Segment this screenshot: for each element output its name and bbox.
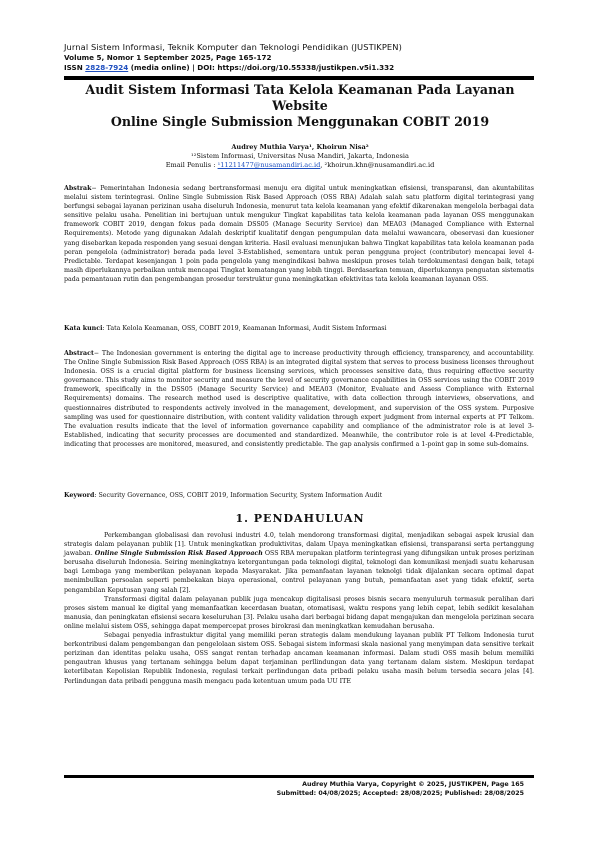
kata-kunci-text: : Tata Kelola Keamanan, OSS, COBIT 2019,… xyxy=(102,325,386,332)
issn-link[interactable]: 2828-7924 xyxy=(85,63,128,72)
intro-paragraph-2: Transformasi digital dalam pelayanan pub… xyxy=(64,595,534,631)
issn-prefix: ISSN xyxy=(64,63,85,72)
author-emails: Email Penulis : ¹11211477@nusamandiri.ac… xyxy=(60,161,540,170)
author-block: Audrey Muthia Varya¹, Khoirun Nisa² ¹²Si… xyxy=(60,143,540,170)
abstrak-paragraph: Abstrak− Pemerintahan Indonesia sedang b… xyxy=(64,184,534,284)
intro-paragraph-1: Perkembangan globalisasi dan revolusi in… xyxy=(64,531,534,595)
paper-page: Jurnal Sistem Informasi, Teknik Komputer… xyxy=(0,0,595,842)
keywords: Keyword: Security Governance, OSS, COBIT… xyxy=(64,491,534,500)
email-2: ²khoirun.khn@nusamandiri.ac.id xyxy=(325,161,435,169)
journal-issn: ISSN 2828-7924 (media online) | DOI: htt… xyxy=(64,63,534,73)
email-label: Email Penulis : xyxy=(166,161,218,169)
journal-header: Jurnal Sistem Informasi, Teknik Komputer… xyxy=(64,42,534,73)
abstract-label: Abstract xyxy=(64,350,94,357)
footer-copyright: Audrey Muthia Varya, Copyright © 2025, J… xyxy=(200,780,524,789)
footer-rule xyxy=(64,775,534,778)
author-names: Audrey Muthia Varya¹, Khoirun Nisa² xyxy=(60,143,540,152)
keywords-text: : Security Governance, OSS, COBIT 2019, … xyxy=(94,492,382,499)
abstrak-label: Abstrak xyxy=(64,185,92,192)
kata-kunci-label: Kata kunci xyxy=(64,325,102,332)
introduction-body: Perkembangan globalisasi dan revolusi in… xyxy=(64,531,534,686)
abstrak-text: − Pemerintahan Indonesia sedang bertrans… xyxy=(64,185,534,283)
kata-kunci: Kata kunci: Tata Kelola Keamanan, OSS, C… xyxy=(64,324,534,333)
page-footer: Audrey Muthia Varya, Copyright © 2025, J… xyxy=(200,780,524,798)
footer-dates: Submitted: 04/08/2025; Accepted: 28/08/2… xyxy=(200,789,524,798)
paper-title: Audit Sistem Informasi Tata Kelola Keama… xyxy=(60,82,540,130)
abstract-paragraph: Abstract− The Indonesian government is e… xyxy=(64,349,534,449)
keywords-label: Keyword xyxy=(64,492,94,499)
title-line-1: Audit Sistem Informasi Tata Kelola Keama… xyxy=(60,82,540,114)
header-rule xyxy=(64,76,534,80)
journal-volume: Volume 5, Nomor 1 September 2025, Page 1… xyxy=(64,53,534,63)
journal-name: Jurnal Sistem Informasi, Teknik Komputer… xyxy=(64,42,534,53)
intro-p1-italic: Online Single Submission Risk Based Appr… xyxy=(95,550,263,557)
intro-paragraph-3: Sebagai penyedia infrastuktur digital ya… xyxy=(64,631,534,686)
section-heading: 1. PENDAHULUAN xyxy=(60,512,540,525)
title-line-2: Online Single Submission Menggunakan COB… xyxy=(60,114,540,130)
issn-doi: (media online) | DOI: https://doi.org/10… xyxy=(128,63,394,72)
abstract-text: − The Indonesian government is entering … xyxy=(64,350,534,448)
email-link-1[interactable]: ¹11211477@nusamandiri.ac.id xyxy=(218,161,321,169)
author-affiliation: ¹²Sistem Informasi, Universitas Nusa Man… xyxy=(60,152,540,161)
